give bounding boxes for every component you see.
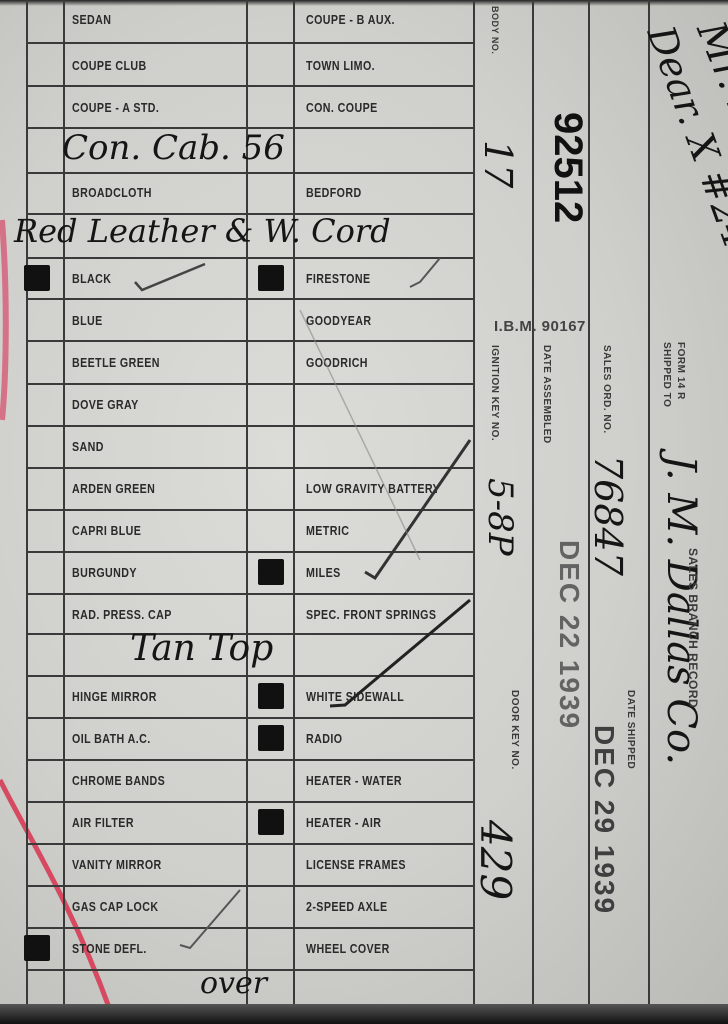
sales-ord-label: SALES ORD. NO. (601, 345, 612, 434)
ibm-number: I.B.M. 90167 (494, 318, 586, 335)
serial-number: 92512 (545, 112, 590, 223)
vehicle-record-card: SEDAN COUPE CLUB COUPE - A STD. COUPE - … (0, 0, 728, 1024)
door-key-value: 429 (471, 820, 520, 900)
shipped-to-label: SHIPPED TO (661, 342, 672, 407)
ignition-key-label: IGNITION KEY NO. (489, 345, 500, 441)
date-shipped-value: DEC 29 1939 (588, 725, 620, 915)
ignition-key-value: 5-8P (480, 478, 520, 556)
body-no-label: BODY NO. (490, 6, 500, 54)
sales-ord-value: 76847 (586, 455, 630, 576)
handwritten-seventeen: 17 (476, 140, 520, 188)
form-label: FORM 14 R (675, 342, 686, 400)
door-key-label: DOOR KEY NO. (509, 690, 520, 770)
record-label: SALES BRANCH RECORD (686, 548, 700, 708)
date-assembled-value: DEC 22 1939 (553, 540, 585, 730)
date-assembled-label: DATE ASSEMBLED (541, 345, 552, 444)
bottom-edge-shadow (0, 1004, 728, 1024)
date-shipped-label: DATE SHIPPED (625, 690, 636, 769)
